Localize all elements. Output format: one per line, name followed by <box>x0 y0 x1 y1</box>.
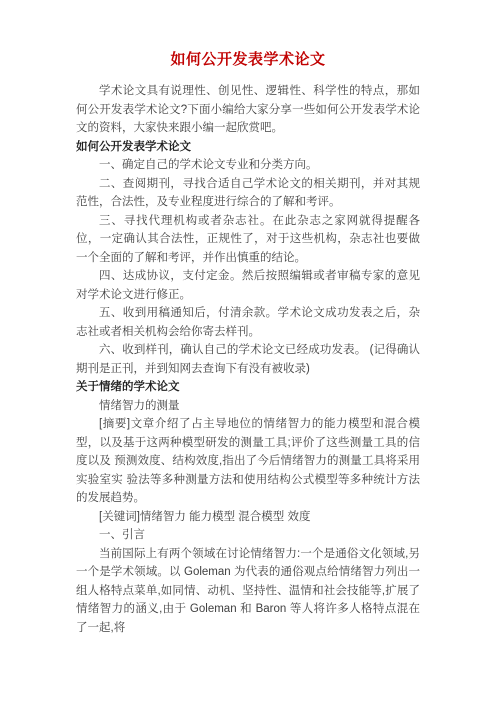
document-page: 如何公开发表学术论文 学术论文具有说理性、创见性、逻辑性、科学性的特点，那如何公… <box>0 0 500 707</box>
step-item-1: 一、确定自己的学术论文专业和分类方向。 <box>76 156 420 175</box>
body-paragraph: 当前国际上有两个领域在讨论情绪智力:一个是通俗文化领域,另一个是学术领域。以 G… <box>76 545 420 638</box>
page-title: 如何公开发表学术论文 <box>76 49 420 71</box>
step-item-2: 二、查阅期刊，寻找合适自己学术论文的相关期刊，并对其规范性，合法性，及专业程度进… <box>76 175 420 212</box>
section1-heading: 如何公开发表学术论文 <box>76 138 420 157</box>
abstract-paragraph: [摘要]文章介绍了占主导地位的情绪智力的能力模型和混合模型，以及基于这两种模型研… <box>76 415 420 508</box>
step-item-6: 六、收到样刊，确认自己的学术论文已经成功发表。 (记得确认期刊是正刊，并到知网去… <box>76 341 420 378</box>
section2-heading: 关于情绪的学术论文 <box>76 378 420 397</box>
intro-paragraph: 学术论文具有说理性、创见性、逻辑性、科学性的特点，那如何公开发表学术论文?下面小… <box>76 82 420 138</box>
step-item-5: 五、收到用稿通知后，付清余款。学术论文成功发表之后，杂志社或者相关机构会给你寄去… <box>76 304 420 341</box>
keywords-line: [关键词]情绪智力 能力模型 混合模型 效度 <box>76 508 420 527</box>
step-item-4: 四、达成协议，支付定金。然后按照编辑或者审稿专家的意见对学术论文进行修正。 <box>76 267 420 304</box>
step-item-3: 三、寻找代理机构或者杂志社。在此杂志之家网就得提醒各位，一定确认其合法性，正规性… <box>76 212 420 268</box>
section2-subtitle: 情绪智力的测量 <box>76 397 420 416</box>
introduction-heading: 一、引言 <box>76 526 420 545</box>
